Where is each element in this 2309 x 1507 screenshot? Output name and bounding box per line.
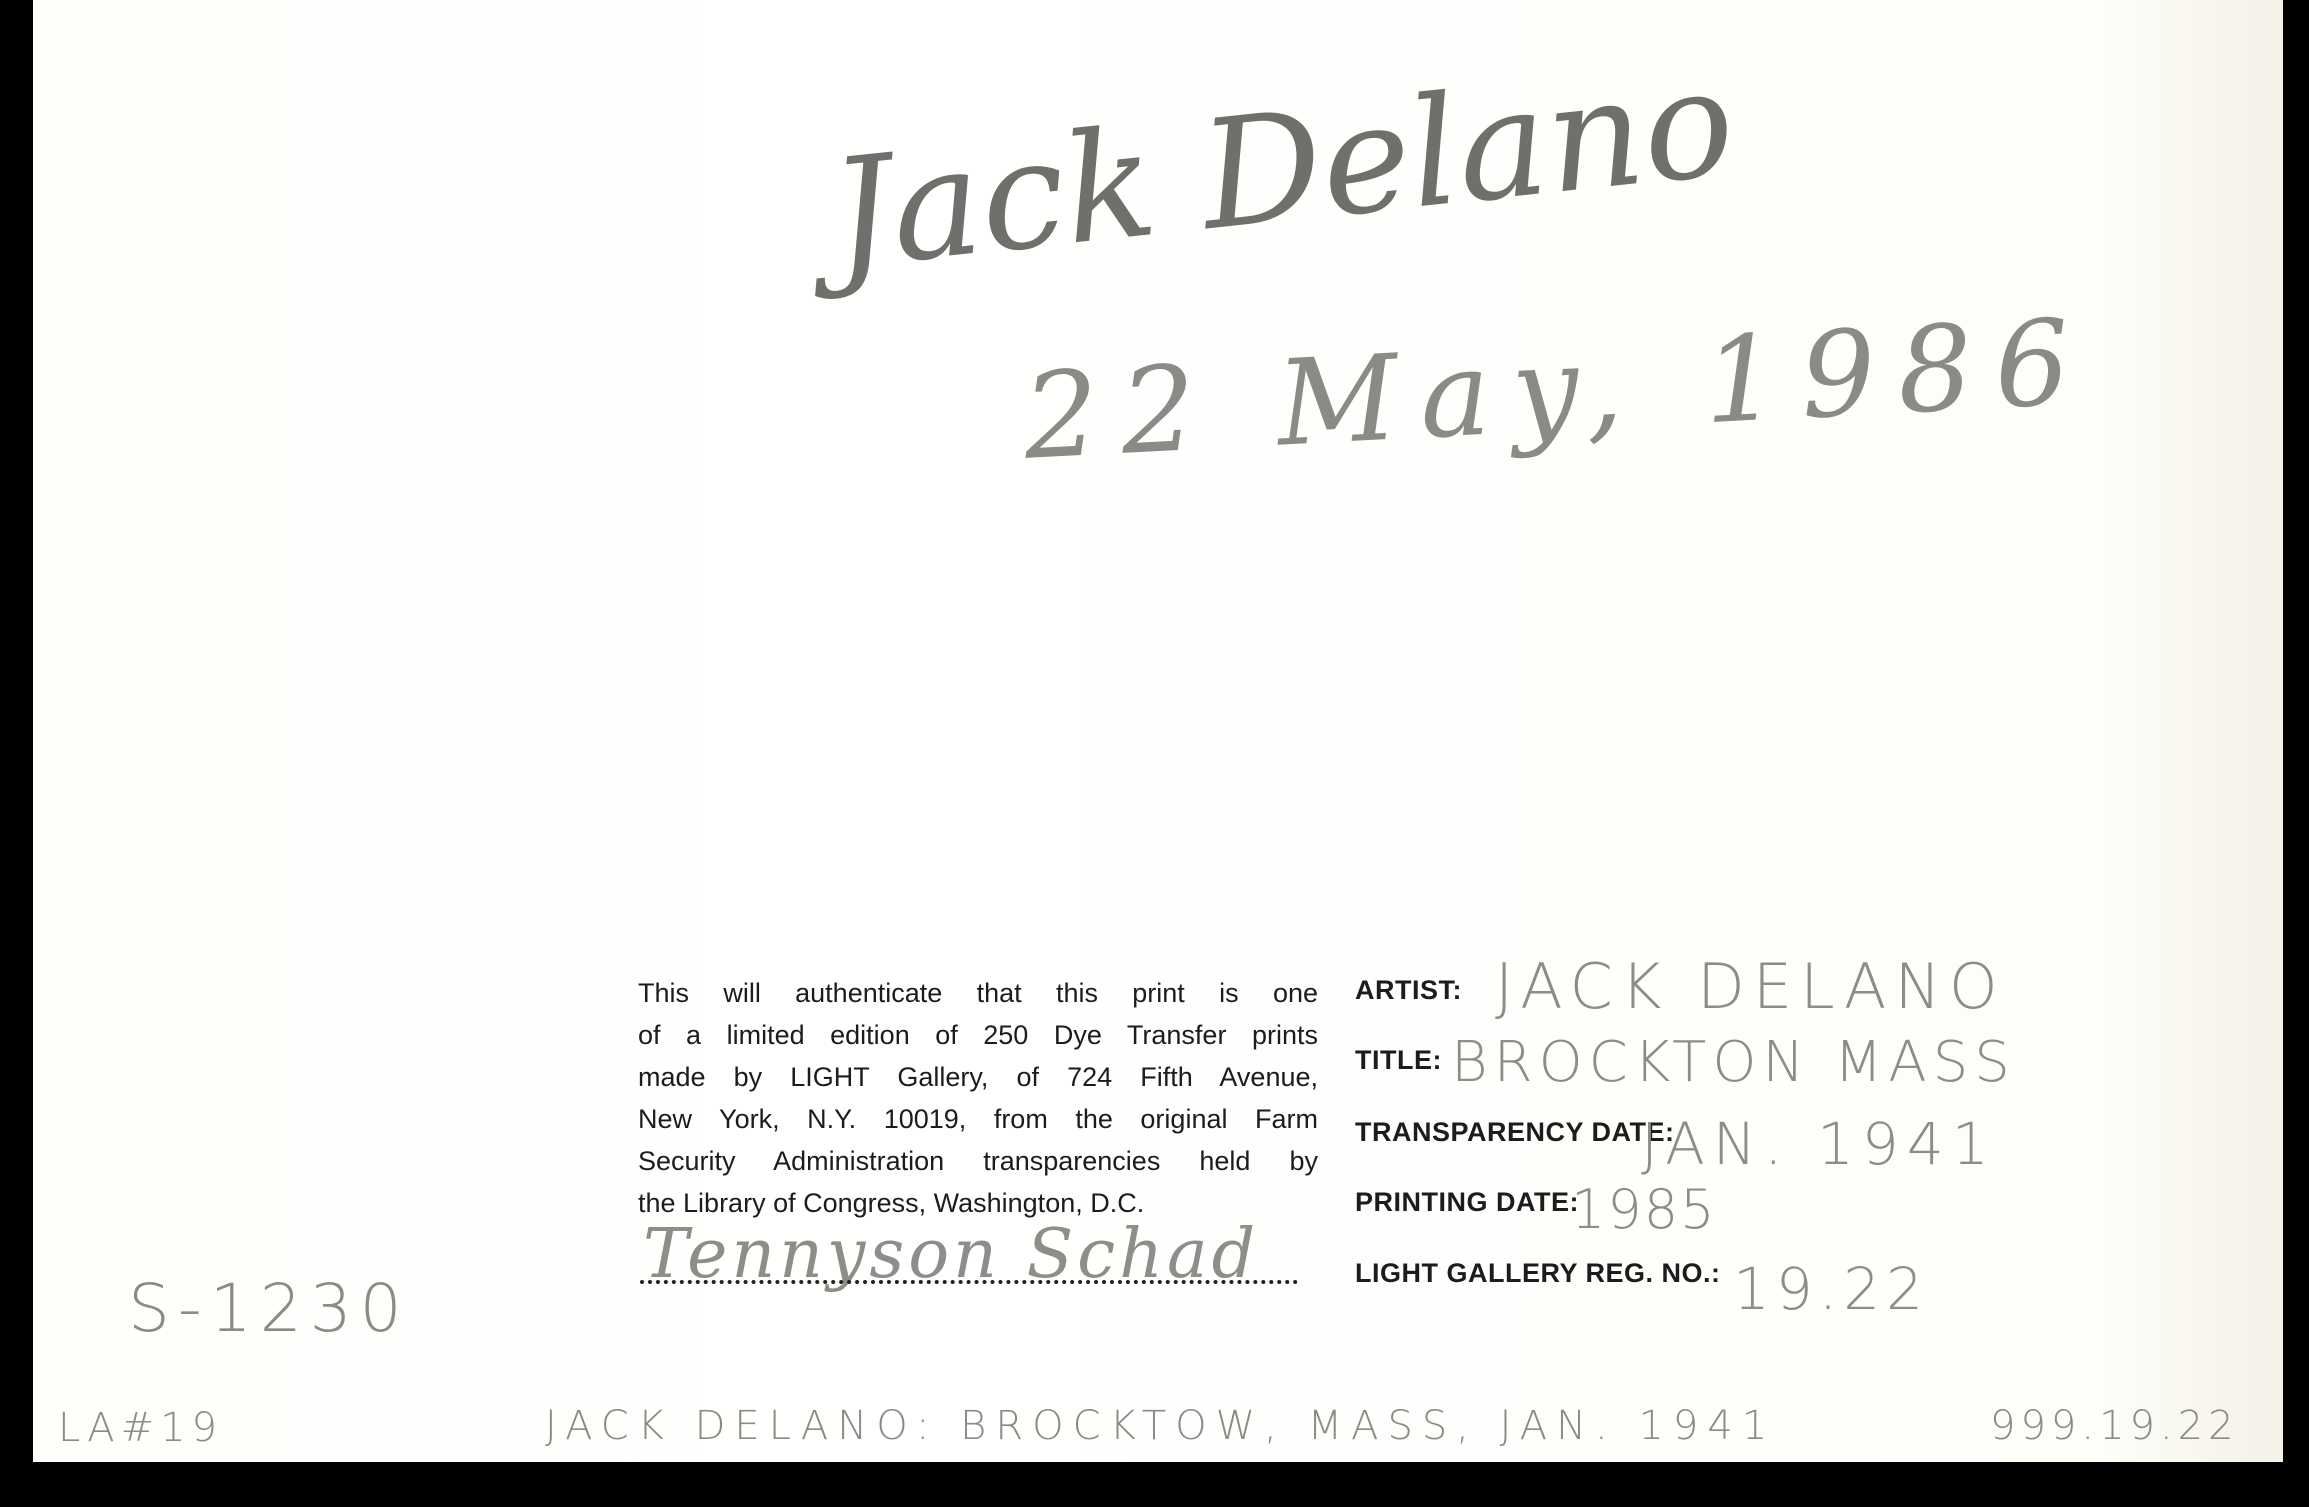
field-artist-value: JACK DELANO [1495, 950, 2006, 1023]
auth-line-3: made by LIGHT Gallery, of 724 Fifth Aven… [638, 1056, 1318, 1098]
inventory-code: S-1230 [128, 1270, 410, 1347]
field-label: LIGHT GALLERY REG. NO.: [1355, 1258, 1721, 1288]
field-printing-date: PRINTING DATE: [1355, 1187, 1579, 1218]
artist-signature: Jack Delano [823, 35, 1742, 303]
field-title-value: BROCKTON MASS [1451, 1030, 2016, 1095]
signature-line [640, 1280, 1298, 1284]
auth-line-1: This will authenticate that this print i… [638, 972, 1318, 1014]
signature-date: 22 May, 1986 [1020, 292, 2095, 486]
field-label: TRANSPARENCY DATE: [1355, 1117, 1675, 1147]
field-registration-number: LIGHT GALLERY REG. NO.: [1355, 1258, 1721, 1289]
field-title: TITLE: [1355, 1045, 1442, 1076]
field-transparency-date: TRANSPARENCY DATE: [1355, 1117, 1675, 1148]
left-note: LA#19 [58, 1405, 223, 1451]
field-label: TITLE: [1355, 1045, 1442, 1075]
accession-number: 999.19.22 [1990, 1403, 2239, 1449]
authentication-text: This will authenticate that this print i… [638, 972, 1318, 1224]
field-registration-number-value: 19.22 [1733, 1255, 1929, 1323]
auth-line-5: Security Administration transparencies h… [638, 1140, 1318, 1182]
field-artist: ARTIST: [1355, 975, 1462, 1006]
field-label: ARTIST: [1355, 975, 1462, 1005]
field-transparency-date-value: JAN. 1941 [1641, 1110, 1997, 1178]
auth-line-2: of a limited edition of 250 Dye Transfer… [638, 1014, 1318, 1056]
auth-line-4: New York, N.Y. 10019, from the original … [638, 1098, 1318, 1140]
field-printing-date-value: 1985 [1571, 1178, 1716, 1241]
field-label: PRINTING DATE: [1355, 1187, 1579, 1217]
print-verso: Jack Delano 22 May, 1986 This will authe… [33, 0, 2283, 1462]
caption-note: JACK DELANO: BROCKTOW, MASS, JAN. 1941 [545, 1403, 1776, 1449]
